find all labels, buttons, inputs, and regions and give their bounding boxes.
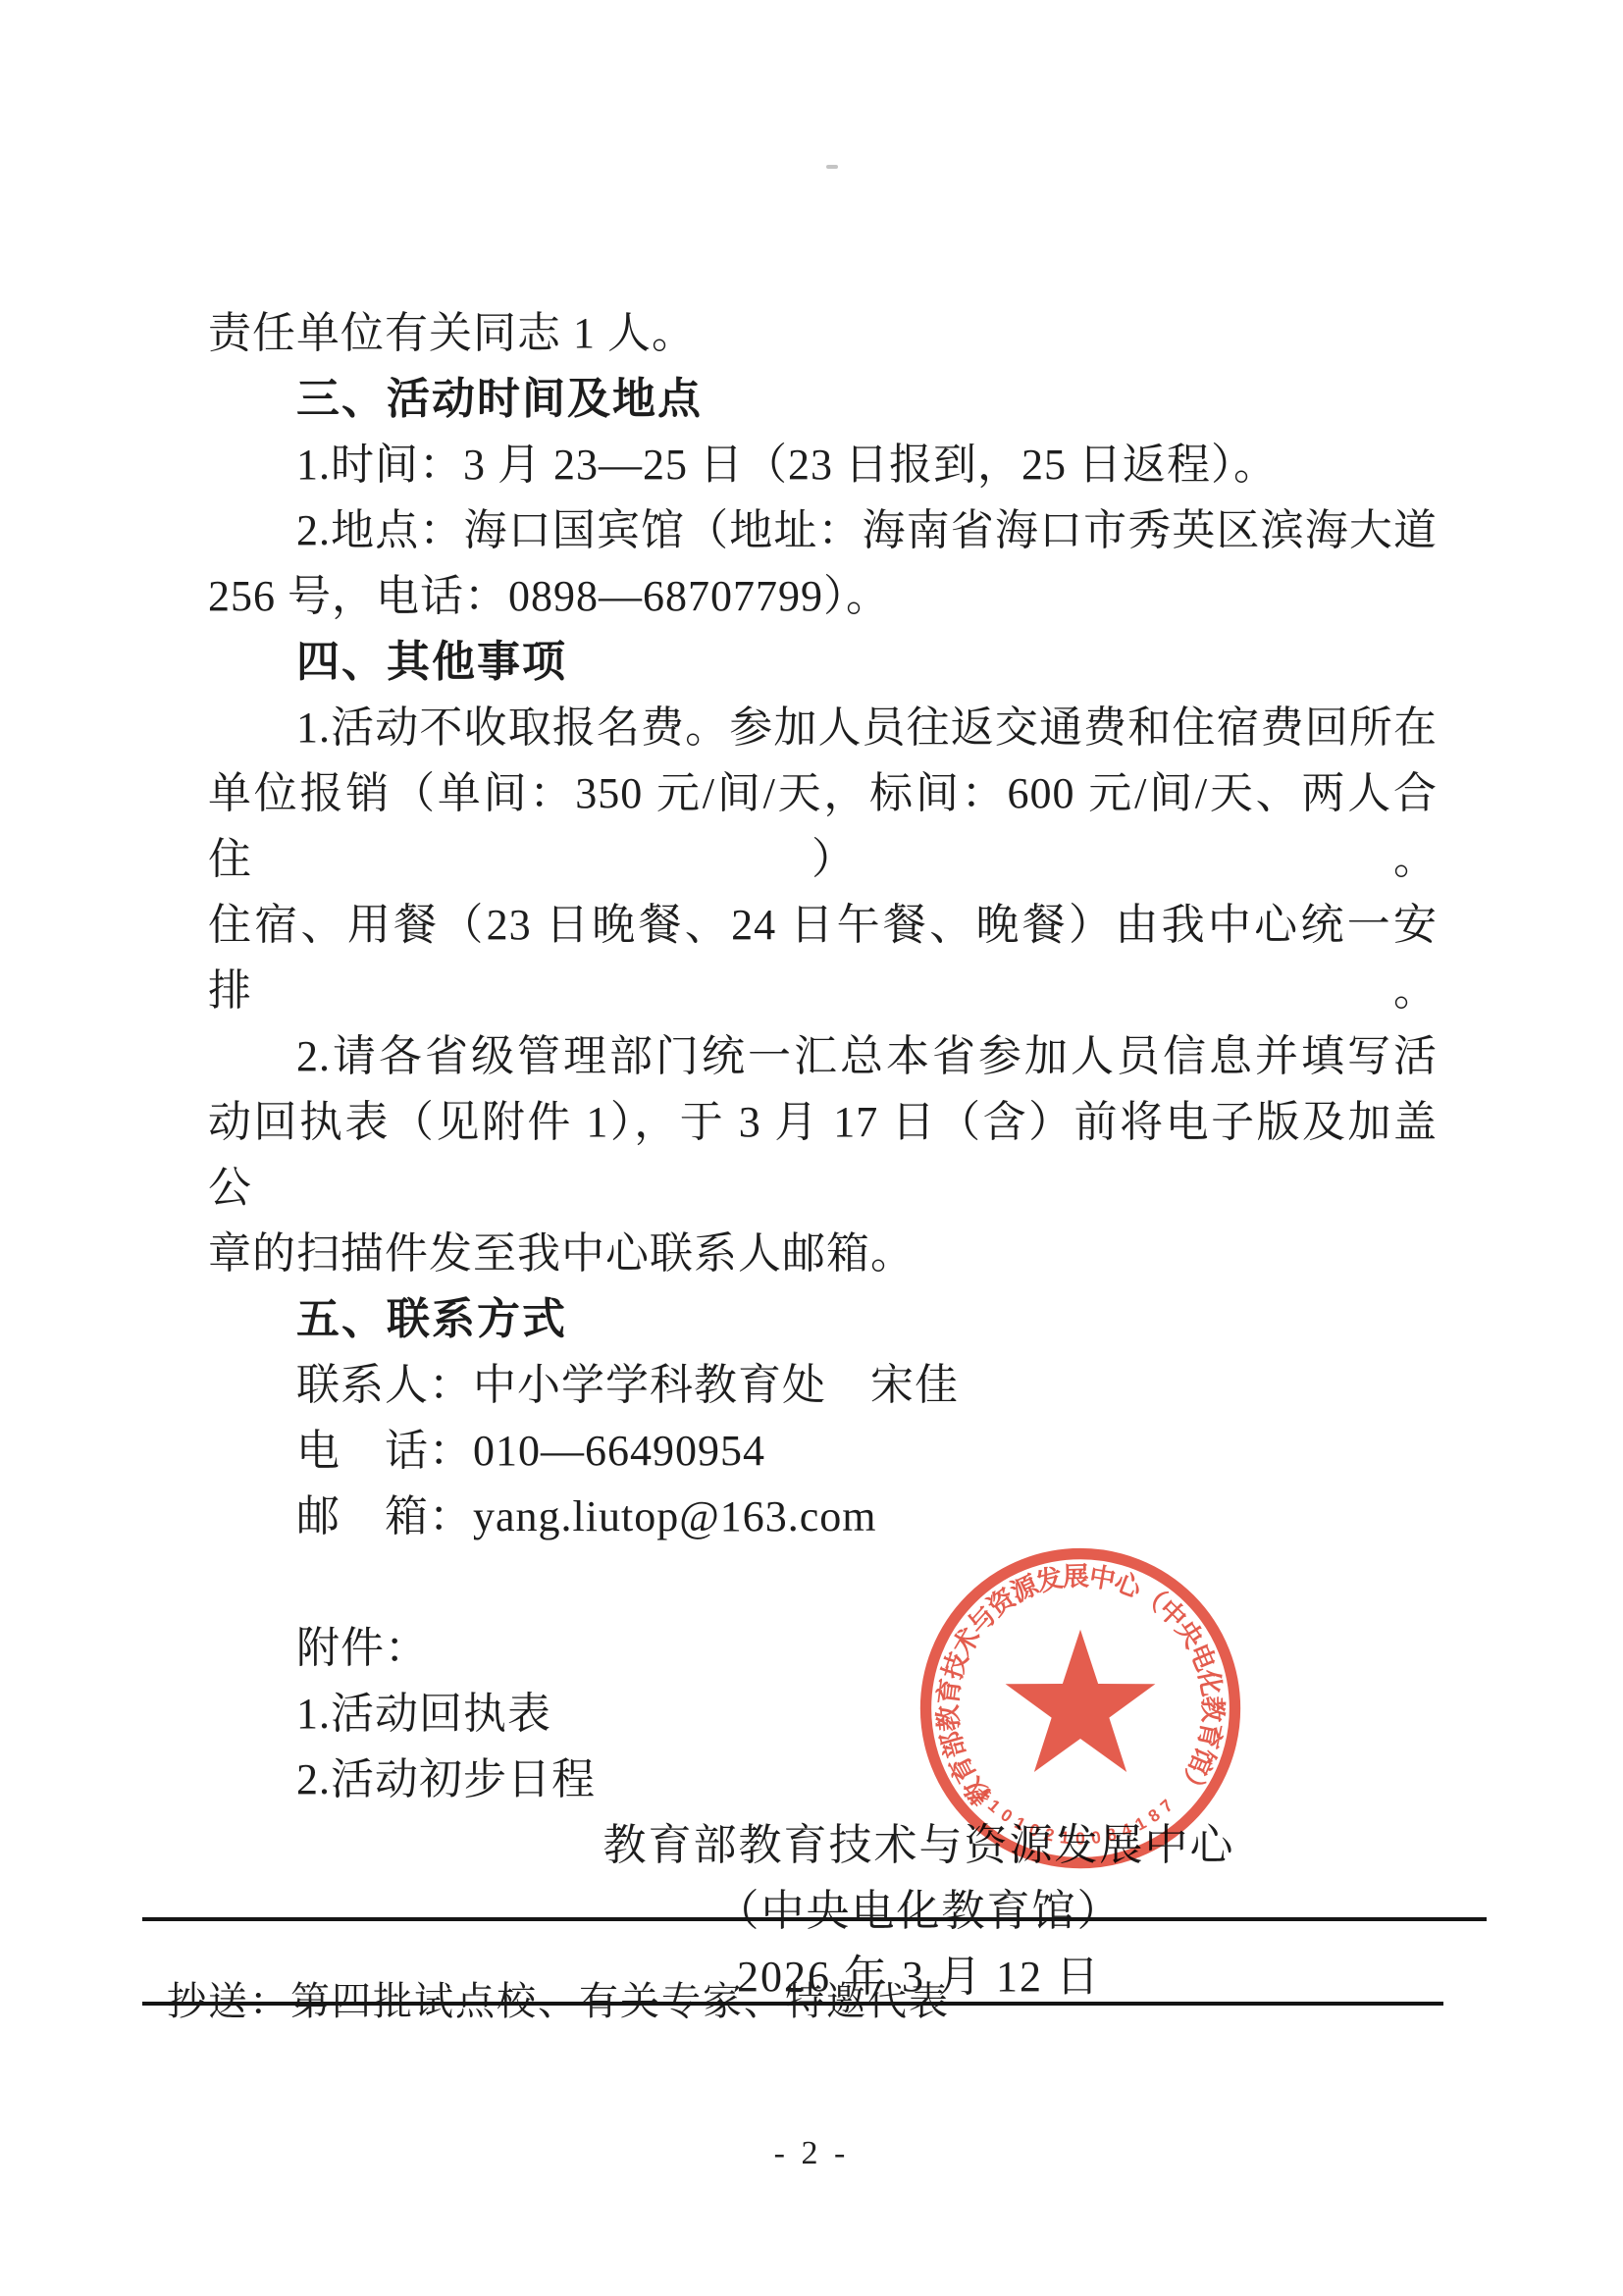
line-contact-phone: 电 话：010—66490954: [208, 1418, 1438, 1484]
cc-line: 抄送：第四批试点校、有关专家、特邀代表: [167, 1970, 950, 2026]
line-reply-form: 2.请各省级管理部门统一汇总本省参加人员信息并填写活: [208, 1023, 1438, 1089]
attachment-item-1: 1.活动回执表: [208, 1681, 1438, 1747]
document-page: 责任单位有关同志 1 人。 三、活动时间及地点 1.时间：3 月 23—25 日…: [0, 0, 1623, 2296]
page-number: - 2 -: [0, 2135, 1623, 2172]
line-reply-form-cont-2: 章的扫描件发至我中心联系人邮箱。: [208, 1221, 1438, 1286]
footer-rule-bottom: [142, 2002, 1443, 2006]
section-heading-contact: 五、联系方式: [208, 1286, 1438, 1352]
section-heading-other: 四、其他事项: [208, 629, 1438, 695]
line-fees: 1.活动不收取报名费。参加人员往返交通费和住宿费回所在: [208, 695, 1438, 760]
signature-org-alt: （中央电化教育馆）: [304, 1878, 1534, 1944]
body-line: 责任单位有关同志 1 人。: [208, 300, 1438, 366]
line-fees-cont-1: 单位报销（单间：350 元/间/天，标间：600 元/间/天、两人合住）。: [208, 760, 1438, 892]
scan-artifact: [826, 165, 838, 169]
footer-rule-top: [142, 1917, 1487, 1921]
line-reply-form-cont-1: 动回执表（见附件 1），于 3 月 17 日（含）前将电子版及加盖公: [208, 1089, 1438, 1221]
line-fees-cont-2: 住宿、用餐（23 日晚餐、24 日午餐、晚餐）由我中心统一安排。: [208, 892, 1438, 1023]
document-body: 责任单位有关同志 1 人。 三、活动时间及地点 1.时间：3 月 23—25 日…: [208, 300, 1438, 2009]
line-location-cont: 256 号，电话：0898—68707799）。: [208, 563, 1438, 629]
attachment-item-2: 2.活动初步日程: [208, 1747, 1438, 1812]
line-time: 1.时间：3 月 23—25 日（23 日报到，25 日返程）。: [208, 432, 1438, 497]
line-contact-email: 邮 箱：yang.liutop@163.com: [208, 1484, 1438, 1549]
attachments-label: 附件：: [208, 1615, 1438, 1681]
section-heading-time: 三、活动时间及地点: [208, 366, 1438, 432]
line-location: 2.地点：海口国宾馆（地址：海南省海口市秀英区滨海大道: [208, 497, 1438, 563]
line-contact-person: 联系人：中小学学科教育处 宋佳: [208, 1352, 1438, 1418]
signature-org: 教育部教育技术与资源发展中心: [304, 1812, 1534, 1878]
